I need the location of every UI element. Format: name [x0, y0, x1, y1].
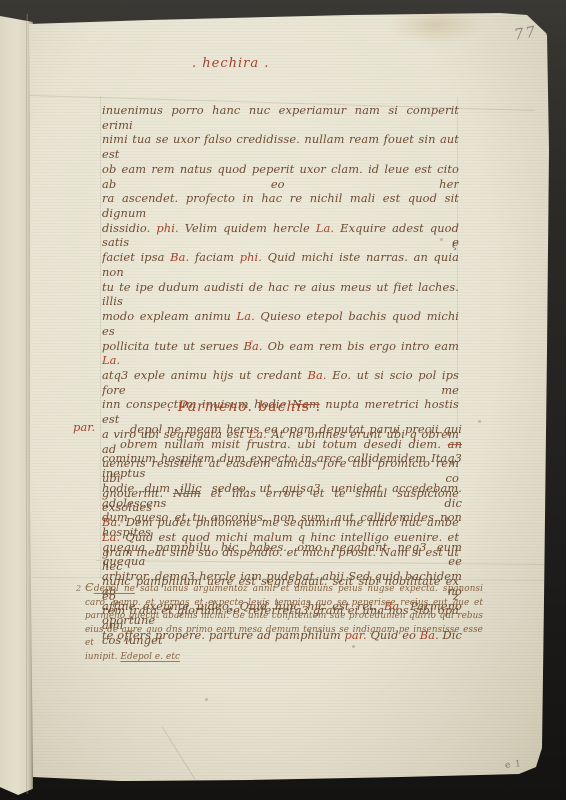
gutter-page-edge: [0, 13, 33, 795]
stain: [99, 10, 108, 18]
manuscript-line: faciet ipsa Ba. faciam phi. Quid michi i…: [102, 250, 459, 279]
manuscript-line: dissidio. phi. Velim quidem hercle La. E…: [102, 221, 459, 250]
manuscript-line: hodie dum illic sedeo. ut quisq3 uenieba…: [102, 481, 462, 510]
folio-number: 77 .: [513, 20, 552, 44]
page-crease: [162, 726, 196, 779]
foxing-spot: [205, 698, 208, 701]
manuscript-line: dum queso et tu anconius. non sum. aut c…: [102, 510, 462, 539]
footnote-margin-mark: 2: [76, 584, 81, 593]
manuscript-page: 77 . . hechira . inuenimus porro hanc nu…: [0, 0, 566, 800]
stain: [388, 6, 484, 44]
gutter-crease: [26, 14, 28, 794]
ruling-line-left: [100, 96, 101, 578]
manuscript-line: modo expleam animu La. Quieso etepol bac…: [102, 309, 459, 338]
foxing-spot: [478, 420, 481, 423]
manuscript-line: ob eam rem natus quod peperit uxor clam.…: [102, 162, 459, 191]
manuscript-photo: 77 . . hechira . inuenimus porro hanc nu…: [0, 0, 566, 800]
manuscript-line: inuenimus porro hanc nuc experiamur nam …: [102, 103, 459, 132]
manuscript-line: eius de aure quo dns primo eam mesa demu…: [85, 624, 483, 651]
scene-heading: . Parmeno. bachis .: [167, 399, 321, 415]
manuscript-line: cominum hospitem dum expecto in arce cal…: [102, 451, 462, 480]
manuscript-line: nimi tua se uxor falso credidisse. nulla…: [102, 132, 459, 161]
stain: [68, 14, 80, 24]
manuscript-line: Єdepol ne sata ianus argumentoz annli et…: [85, 582, 483, 597]
manuscript-line: atq3 exple animu hijs ut credant Ba. Eo.…: [102, 368, 459, 397]
manuscript-line: tu te ipe dudum audisti de hac re aius m…: [102, 280, 459, 309]
margin-speaker-label: par.: [73, 420, 95, 434]
manuscript-line: obrem nullam misit frustra. ubi totum de…: [102, 437, 462, 452]
manuscript-line: pollicita tute ut serues Ba. Ob eam rem …: [102, 339, 459, 368]
manuscript-line: quequa pamphilu hic habes. omo negabant …: [102, 540, 462, 569]
manuscript-line: depol ne meam herus ee opam deputat paru…: [102, 422, 462, 437]
footnote-gloss: Єdepol ne sata ianus argumentoz annli et…: [85, 582, 483, 665]
corner-pencil-mark: e 1: [505, 759, 523, 771]
chapter-heading: . hechira .: [192, 56, 269, 71]
manuscript-line: caro. pamp. et vernas et expecte leuis t…: [85, 597, 483, 611]
manuscript-line: iunipit. Edepol e. etc: [85, 651, 483, 665]
manuscript-line: ra ascendet. profecto in hac re nichil m…: [102, 191, 459, 220]
manuscript-line: parmeno quecat abachis nichil. Ge ante c…: [85, 610, 483, 624]
